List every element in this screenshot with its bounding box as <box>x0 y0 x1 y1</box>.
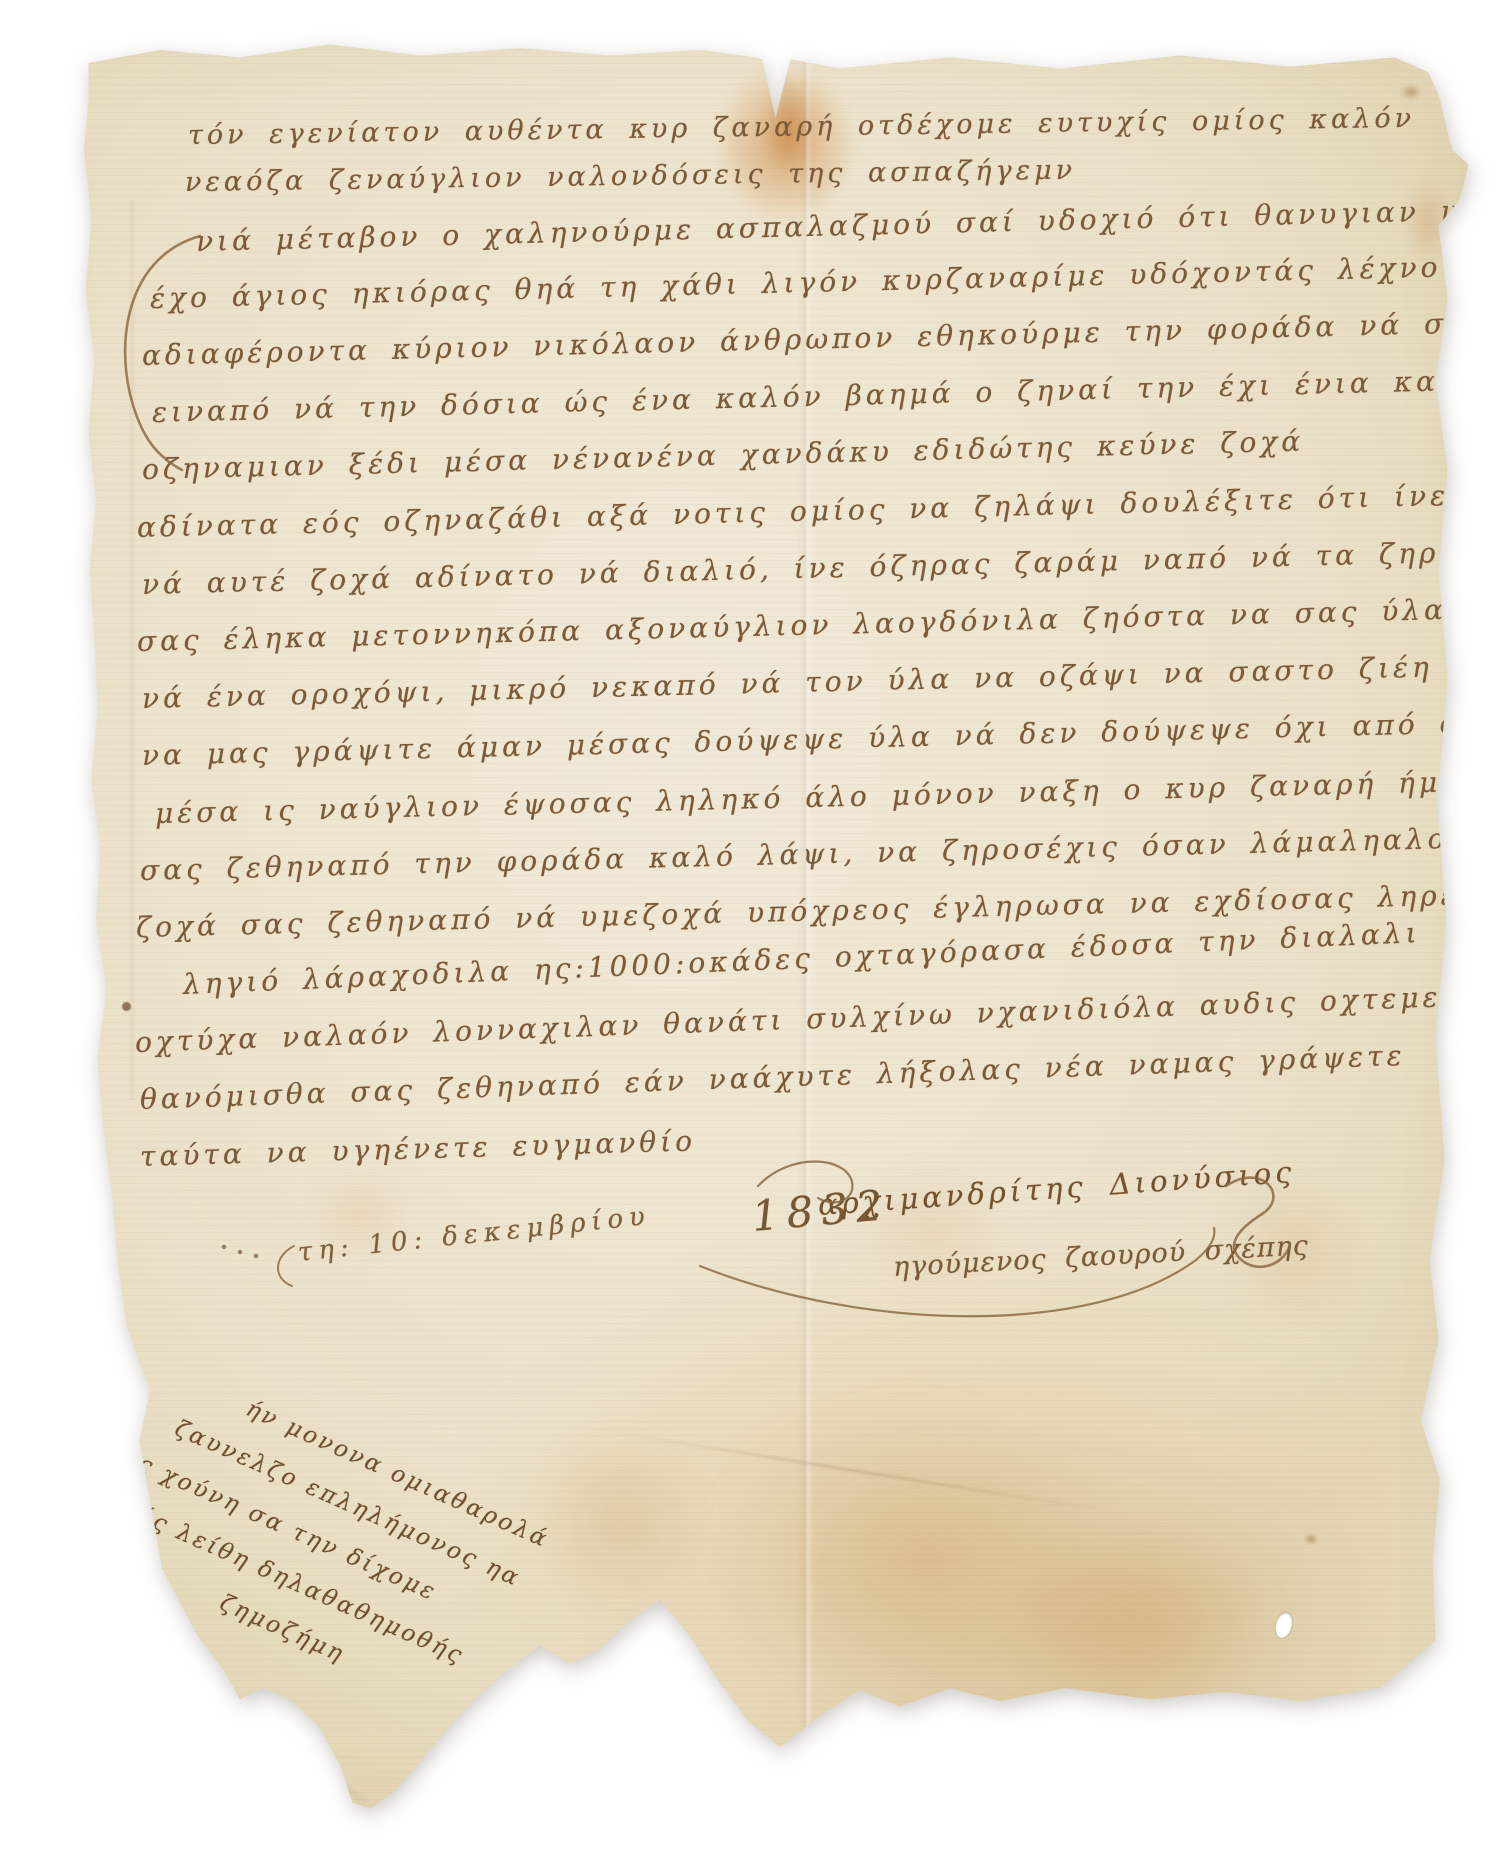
photograph-of-letter: τόν εγενίατον αυθέντα κυρ ζαναρή οτδέχομ… <box>0 0 1500 1849</box>
paper-shadow: τόν εγενίατον αυθέντα κυρ ζαναρή οτδέχομ… <box>0 0 1500 1849</box>
manuscript-paper: τόν εγενίατον αυθέντα κυρ ζαναρή οτδέχομ… <box>0 0 1500 1849</box>
